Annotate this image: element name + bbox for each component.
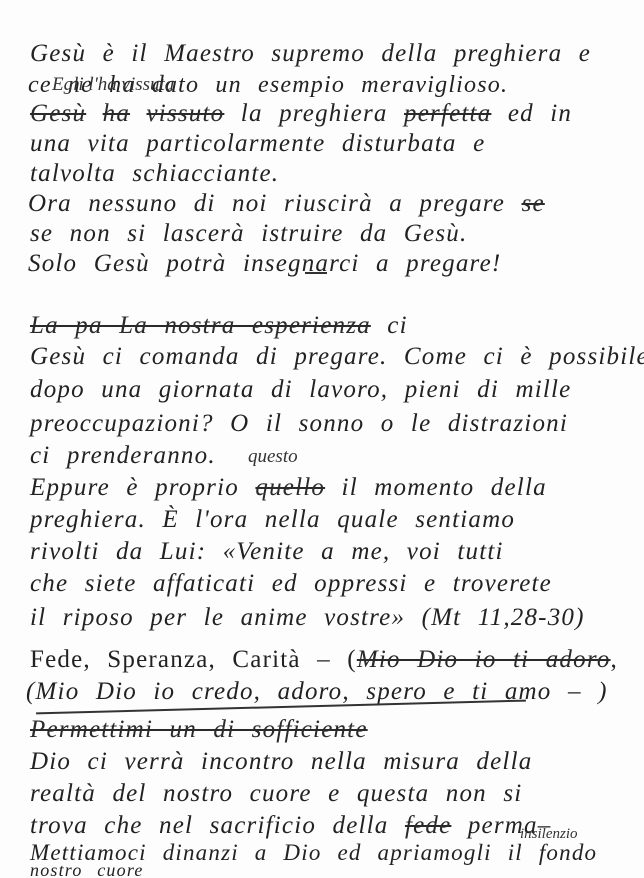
text-segment: Eppure è proprio [30, 474, 255, 501]
line-1: Gesù è il Maestro supremo della preghier… [30, 40, 591, 68]
line-26: nostro cuore [30, 860, 144, 878]
line-5: talvolta schiacciante. [30, 160, 279, 188]
struck-word: se [522, 190, 545, 217]
text-segment: la preghiera [224, 100, 404, 127]
line-9: La pa La nostra esperienza ci [30, 312, 408, 340]
line-23: realtà del nostro cuore e questa non si [30, 780, 522, 808]
text-segment: se non si lascerà istruire da Gesù. [30, 220, 467, 247]
text-segment: dopo una giornata di lavoro, pieni di mi… [30, 376, 571, 403]
line-21: Permettimi un di sofficiente [30, 716, 368, 744]
line-15: preghiera. È l'ora nella quale sentiamo [30, 506, 515, 534]
text-segment: nostro cuore [30, 860, 144, 878]
text-segment: Gesù [30, 40, 86, 67]
text-segment: preghiera. È l'ora nella quale sentiamo [30, 506, 515, 533]
text-segment: e [562, 40, 591, 67]
text-segment: rivolti da Lui: «Venite a me, voi tutti [30, 538, 504, 565]
separator-dash [305, 272, 327, 274]
text-segment: Dio ci verrà incontro nella misura della [30, 748, 532, 775]
struck-word: ha [103, 100, 130, 127]
struck-word: quello [255, 474, 325, 501]
line-7: se non si lascerà istruire da Gesù. [30, 220, 467, 248]
text-segment: il riposo per le anime vostre» (Mt 11,28… [30, 604, 585, 631]
line-12: preoccupazioni? O il sonno o le distrazi… [30, 410, 568, 438]
line-6: Ora nessuno di noi riuscirà a pregare se [28, 190, 545, 218]
text-segment: Ora nessuno di noi riuscirà a pregare [28, 190, 522, 217]
struck-word: Gesù [30, 100, 86, 127]
line-3: Gesù ha vissuto la preghiera perfetta ed… [30, 100, 572, 128]
text-segment: che siete affaticati ed oppressi e trove… [30, 570, 552, 597]
text-segment: ci prenderanno. [30, 442, 216, 469]
text-segment: , [611, 646, 618, 673]
text-segment: è il Maestro supremo della preghiera [86, 40, 562, 67]
text-segment: Gesù ci comanda di pregare. Come ci è po… [30, 343, 644, 370]
line-24: trova che nel sacrificio della fede perm… [30, 812, 551, 840]
line-20: (Mio Dio io credo, adoro, spero e ti amo… [26, 678, 608, 706]
text-segment: talvolta schiacciante. [30, 160, 279, 187]
line-18: il riposo per le anime vostre» (Mt 11,28… [30, 604, 585, 632]
interlinear-insertion: Egli l'ha vissuta [52, 74, 174, 96]
struck-phrase: Mio Dio io ti adoro [357, 646, 611, 673]
line-11: dopo una giornata di lavoro, pieni di mi… [30, 376, 571, 404]
struck-word: vissuto [147, 100, 225, 127]
struck-phrase: La pa La nostra esperienza [30, 312, 371, 339]
struck-word: fede [405, 812, 451, 839]
line-16: rivolti da Lui: «Venite a me, voi tutti [30, 538, 504, 566]
line-19: Fede, Speranza, Carità – (Mio Dio io ti … [30, 646, 618, 674]
line-4: una vita particolarmente disturbata e [30, 130, 485, 158]
text-segment: realtà del nostro cuore e questa non si [30, 780, 522, 807]
line-14: Eppure è proprio quello il momento della [30, 474, 547, 502]
text-segment: ci [371, 312, 408, 339]
line-13: ci prenderanno. [30, 442, 216, 470]
text-segment: preoccupazioni? O il sonno o le distrazi… [30, 410, 568, 437]
struck-word: perfetta [404, 100, 491, 127]
text-segment: trova che nel sacrificio della [30, 812, 405, 839]
text-segment: il momento della [325, 474, 547, 501]
line-22: Dio ci verrà incontro nella misura della [30, 748, 532, 776]
text-segment: Fede, Speranza, Carità – ( [30, 646, 357, 673]
interlinear-insertion: questo [248, 446, 298, 468]
struck-phrase: Permettimi un di sofficiente [30, 716, 368, 743]
manuscript-page: Gesù è il Maestro supremo della preghier… [0, 0, 644, 878]
line-17: che siete affaticati ed oppressi e trove… [30, 570, 552, 598]
line-10: Gesù ci comanda di pregare. Come ci è po… [30, 343, 644, 371]
line-8: Solo Gesù potrà insegnarci a pregare! [28, 250, 501, 278]
text-segment: una vita particolarmente disturbata e [30, 130, 485, 157]
text-segment: ed in [491, 100, 572, 127]
text-segment: Solo Gesù potrà insegnarci a pregare! [28, 250, 501, 277]
